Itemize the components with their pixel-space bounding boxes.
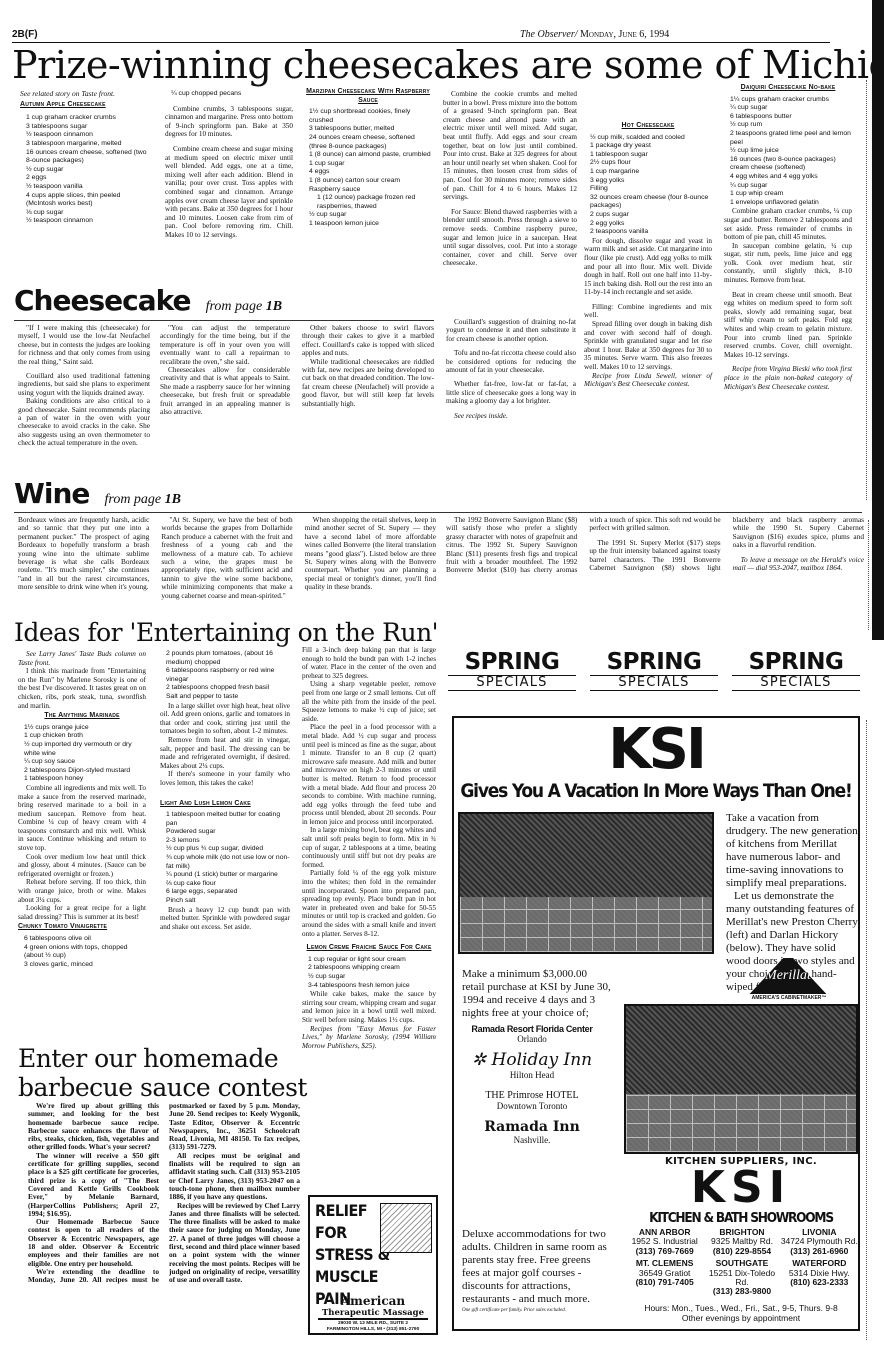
store-phone: (810) 791-7405 bbox=[636, 1277, 694, 1287]
ingredient: 3 cloves garlic, minced bbox=[18, 961, 146, 970]
cheesecake-jump-col4: Couillard's suggestion of draining no-fa… bbox=[446, 318, 576, 420]
jump-line: from page 1B bbox=[206, 299, 283, 314]
ad-line: MUSCLE bbox=[315, 1266, 390, 1288]
store-location: LIVONIA34724 Plymouth Rd.(313) 261-6960 bbox=[781, 1228, 858, 1256]
ingredient: 4 egg whites and 4 egg yolks bbox=[724, 173, 852, 182]
ingredient: 2 egg yolks bbox=[584, 220, 712, 229]
store-location: BRIGHTON9325 Maltby Rd.(810) 229-8554 bbox=[703, 1228, 780, 1256]
store-address: 15251 Dix-Toledo Rd. bbox=[709, 1268, 775, 1287]
paragraph: Tofu and no-fat riccotta cheese could al… bbox=[446, 349, 576, 374]
ingredient: 1 cup regular or light sour cream bbox=[302, 956, 436, 965]
jump-page: 1B bbox=[266, 299, 282, 314]
recipe-title: The Anything Marinade bbox=[18, 712, 146, 721]
bbq-contest-body: We're fired up about grilling this summe… bbox=[28, 1102, 300, 1334]
spring-specials-banner: SPRING SPECIALS bbox=[732, 650, 860, 691]
recipe-step: Using a sharp vegetable peeler, remove p… bbox=[302, 680, 436, 723]
cheesecake-jump-col2: "You can adjust the temperature accordin… bbox=[160, 324, 290, 416]
ingredient: ¼ pound (1 stick) butter or margarine bbox=[160, 871, 290, 880]
hotel-name: THE Primrose HOTEL bbox=[458, 1090, 606, 1101]
recipe-step: Remove from heat and stir in vinegar, sa… bbox=[160, 736, 290, 770]
jump-headline: Cheesecake bbox=[14, 284, 190, 317]
ingredient: 32 ounces cream cheese (four 8-ounce pac… bbox=[584, 194, 712, 211]
ingredient: 16 ounces (two 8-ounce packages) cream c… bbox=[724, 156, 852, 173]
ingredient: 1 tablespoon melted butter for coating p… bbox=[160, 811, 290, 828]
headline-bbq-line1: Enter our homemade bbox=[18, 1046, 278, 1071]
recipe-step: Fill a 3-inch deep baking pan that is la… bbox=[302, 646, 436, 680]
store-location: ANN ARBOR1952 S. Industrial(313) 769-766… bbox=[626, 1228, 703, 1256]
scan-edge-dots bbox=[866, 720, 867, 1340]
ingredient: ½ cup imported dry vermouth or dry white… bbox=[18, 741, 146, 758]
banner-top: SPRING bbox=[732, 650, 860, 674]
ingredient: 1 package dry yeast bbox=[584, 142, 712, 151]
recipe-step: Combine the cookie crumbs and melted but… bbox=[443, 90, 577, 202]
ingredient: 6 tablespoons olive oil bbox=[18, 935, 146, 944]
dateline-paper: The Observer/ bbox=[520, 29, 578, 40]
ingredient: ¼ cup sugar bbox=[724, 104, 852, 113]
ingredient: 1¼ cups graham cracker crumbs bbox=[724, 96, 852, 105]
voice-mail-note: To leave a message on the Herald's voice… bbox=[733, 556, 864, 573]
wine-jump-head: Wine from page 1B bbox=[14, 480, 181, 508]
scan-edge-dots bbox=[868, 520, 869, 630]
recipe-step: Combine cream cheese and sugar mixing at… bbox=[165, 145, 293, 240]
jump-rule bbox=[14, 512, 862, 513]
wine-jump-cols-right: The 1992 Bonverre Sauvignon Blanc ($8) w… bbox=[446, 516, 864, 610]
paragraph: We're fired up about grilling this summe… bbox=[28, 1102, 159, 1152]
hotel-city: Orlando bbox=[458, 1034, 606, 1044]
ingredient: 1 (8 ounce) carton sour cream bbox=[303, 177, 433, 186]
ingredient: 2 eggs bbox=[20, 174, 152, 183]
ingredient: Filling bbox=[584, 185, 712, 194]
ingredient-list: 1½ cup shortbread cookies, finely crushe… bbox=[303, 108, 433, 228]
recipe-step: Cook over medium low heat until thick an… bbox=[18, 853, 146, 879]
recipe-step: For dough, dissolve sugar and yeast in w… bbox=[584, 237, 712, 297]
store-location: WATERFORD5314 Dixie Hwy.(810) 623-2333 bbox=[781, 1259, 858, 1297]
paragraph: The winner will receive a $50 gift certi… bbox=[28, 1152, 159, 1218]
store-phone: (313) 283-9800 bbox=[713, 1286, 771, 1296]
paragraph: Couillard's suggestion of draining no-fa… bbox=[446, 318, 576, 343]
ingredient: 4 eggs bbox=[303, 168, 433, 177]
ingredient: ¼ cup sugar bbox=[724, 182, 852, 191]
recipe-step: Looking for a great recipe for a light s… bbox=[18, 904, 146, 921]
dateline: The Observer/ Monday, June 6, 1994 bbox=[520, 29, 669, 40]
store-phone: (313) 769-7669 bbox=[636, 1246, 694, 1256]
paragraph: Other bakers choose to swirl flavors thr… bbox=[302, 324, 434, 358]
store-phone: (810) 229-8554 bbox=[713, 1246, 771, 1256]
paragraph: Couillard also used traditional fattenin… bbox=[18, 372, 150, 397]
ingredient: 16 ounces cream cheese, softened (two 8-… bbox=[20, 149, 152, 166]
jump-prefix: from page bbox=[206, 299, 266, 314]
cheesecake-jump-col3: Other bakers choose to swirl flavors thr… bbox=[302, 324, 434, 408]
spring-specials-banner: SPRING SPECIALS bbox=[448, 650, 576, 691]
ingredient: 2 teaspoons vanilla bbox=[584, 228, 712, 237]
scan-edge-dots bbox=[866, 80, 867, 500]
headline-entertaining: Ideas for 'Entertaining on the Run' bbox=[14, 620, 438, 645]
jump-rule bbox=[14, 320, 434, 321]
ingredient: 1 (12 ounce) package frozen red raspberr… bbox=[303, 194, 433, 211]
recipe-credit: Recipe from Virgina Bieski who took firs… bbox=[724, 365, 852, 391]
ad-line: RELIEF bbox=[315, 1200, 390, 1222]
store-hours: Hours: Mon., Tues., Wed., Fri., Sat., 9-… bbox=[624, 1304, 858, 1313]
recipe-step: Beat in cream cheese until smooth. Beat … bbox=[724, 291, 852, 360]
ingredient: ½ cup sugar bbox=[20, 166, 152, 175]
hotel-name: Ramada Inn bbox=[458, 1119, 606, 1135]
hotel-city: Hilton Head bbox=[458, 1070, 606, 1080]
ingredient-list: 6 tablespoons olive oil 4 green onions w… bbox=[18, 935, 146, 969]
ingredient: 3 tablespoons butter, melted bbox=[303, 125, 433, 134]
ksi-tagline: Gives You A Vacation In More Ways Than O… bbox=[454, 780, 858, 802]
recipe-autumn-apple: See related story on Taste front. Autumn… bbox=[20, 90, 152, 226]
store-appointment: Other evenings by appointment bbox=[624, 1314, 858, 1323]
ksi-logo: KSI bbox=[454, 722, 858, 778]
store-locations: ANN ARBOR1952 S. Industrial(313) 769-766… bbox=[626, 1228, 858, 1297]
spring-specials-banner: SPRING SPECIALS bbox=[590, 650, 718, 691]
banner-top: SPRING bbox=[590, 650, 718, 674]
recipe-credit: Recipes from "Easy Menus for Faster Live… bbox=[302, 1025, 436, 1051]
ingredient: 1 teaspoon lemon juice bbox=[303, 220, 433, 229]
ingredient-list: 2 pounds plum tomatoes, (about 16 medium… bbox=[160, 650, 290, 702]
recipe-credit: Recipe from Linda Sewell, winner of Mich… bbox=[584, 372, 712, 389]
store-location: SOUTHGATE15251 Dix-Toledo Rd.(313) 283-9… bbox=[703, 1259, 780, 1297]
recipe-step: Combine crumbs, 3 tablespoons sugar, cin… bbox=[165, 105, 293, 139]
store-location: MT. CLEMENS36549 Gratiot(810) 791-7405 bbox=[626, 1259, 703, 1297]
ksi-ad[interactable]: KSI Gives You A Vacation In More Ways Th… bbox=[452, 716, 860, 1331]
massage-brand: American bbox=[310, 1294, 436, 1308]
ingredient: 1 tablespoon honey bbox=[18, 775, 146, 784]
store-phone: (810) 623-2333 bbox=[790, 1277, 848, 1287]
jump-prefix: from page bbox=[105, 492, 165, 507]
ingredient-list: 1 cup regular or light sour cream 2 tabl… bbox=[302, 956, 436, 990]
paragraph: Baking conditions are also critical to a… bbox=[18, 397, 150, 447]
paragraph: Our Homemade Barbecue Sauce contest is o… bbox=[28, 1218, 159, 1268]
hotel-name: Ramada Resort Florida Center bbox=[458, 1024, 606, 1034]
banner-bottom: SPECIALS bbox=[448, 675, 576, 691]
paragraph: "At St. Supery, we have the best of both… bbox=[161, 516, 292, 600]
kitchen-photo-darlan-hickory bbox=[624, 1004, 858, 1154]
recipe-step: Spread filling over dough in baking dish… bbox=[584, 320, 712, 372]
ingredient: Pinch salt bbox=[160, 897, 290, 906]
ingredient: 2 teaspoons grated lime peel and lemon p… bbox=[724, 130, 852, 147]
ad-line: FOR bbox=[315, 1222, 390, 1244]
hotel-list: Ramada Resort Florida Center Orlando ✲ H… bbox=[458, 1024, 606, 1145]
recipe-step: While cake bakes, make the sauce by stir… bbox=[302, 990, 436, 1024]
paragraph: When shopping the retail shelves, keep i… bbox=[305, 516, 436, 592]
banner-bottom: SPECIALS bbox=[590, 675, 718, 691]
ingredient: Powdered sugar bbox=[160, 828, 290, 837]
cheesecake-jump-col1: "If I were making this (cheesecake) for … bbox=[18, 324, 150, 448]
ingredient: ½ teaspoon cinnamon bbox=[20, 131, 152, 140]
paragraph: Cheesecakes allow for considerable creat… bbox=[160, 366, 290, 416]
ksi-showrooms: KITCHEN & BATH SHOWROOMS bbox=[624, 1210, 858, 1226]
see-column-note: See Larry Janes' Taste Buds column on Ta… bbox=[18, 650, 146, 667]
ad-line: STRESS & bbox=[315, 1244, 390, 1266]
recipe-title: Lemon Creme Fraiche Sauce For Cake bbox=[302, 944, 436, 953]
recipe-title: Marzipan Cheesecake With Raspberry Sauce bbox=[303, 88, 433, 105]
ingredient: ⅔ cup cake flour bbox=[160, 880, 290, 889]
dateline-date: Monday, June 6, 1994 bbox=[580, 29, 669, 40]
recipe-step: Filling: Combine ingredients and mix wel… bbox=[584, 303, 712, 320]
ingredient: 2 cups sugar bbox=[584, 211, 712, 220]
ingredient: 1 cup graham cracker crumbs bbox=[20, 114, 152, 123]
ad-paragraph: Take a vacation from drudgery. The new g… bbox=[726, 812, 858, 890]
hotel-name: ✲ Holiday Inn bbox=[458, 1050, 606, 1070]
kitchen-photo-preston-cherry bbox=[458, 812, 714, 954]
ingredient: Raspberry sauce bbox=[303, 186, 433, 195]
ingredient: ¼ cup chopped pecans bbox=[165, 90, 293, 99]
scan-edge-bar bbox=[872, 0, 884, 640]
paragraph: I think this marinade from "Entertaining… bbox=[18, 667, 146, 710]
ingredient: ½ cup plus ¾ cup sugar, divided bbox=[160, 845, 290, 854]
paragraph: All recipes must be original and finalis… bbox=[169, 1152, 300, 1202]
recipe-step: If there's someone in your family who lo… bbox=[160, 770, 290, 787]
jump-line: from page 1B bbox=[105, 492, 182, 507]
ingredient: 1 cup margarine bbox=[584, 168, 712, 177]
ingredient: 3 tablespoon margarine, melted bbox=[20, 140, 152, 149]
recipe-title: Hot Cheesecake bbox=[584, 122, 712, 131]
wine-jump-cols-left: Bordeaux wines are frequently harsh, aci… bbox=[18, 516, 436, 610]
recipe-title: Light And Lush Lemon Cake bbox=[160, 800, 290, 809]
ingredient: ½ cup lime juice bbox=[724, 147, 852, 156]
headline-cheesecakes: Prize-winning cheesecakes are some of Mi… bbox=[12, 46, 884, 84]
ingredient: ½ cup rum bbox=[724, 121, 852, 130]
ingredient: ¼ cup soy sauce bbox=[18, 758, 146, 767]
ingredient-list: 1 cup graham cracker crumbs 3 tablespoon… bbox=[20, 114, 152, 226]
ingredient: 1½ cup shortbread cookies, finely crushe… bbox=[303, 108, 433, 125]
hotel-city: Nashville. bbox=[458, 1135, 606, 1145]
cheesecake-jump-head: Cheesecake from page 1B bbox=[14, 287, 282, 315]
merillat-tagline: AMERICA'S CABINETMAKER™ bbox=[724, 995, 854, 1001]
paragraph: "You can adjust the temperature accordin… bbox=[160, 324, 290, 366]
ingredient: 1 cup chicken broth bbox=[18, 732, 146, 741]
recipe-step: In saucepan combine gelatin, ¼ cup sugar… bbox=[724, 242, 852, 285]
ingredient: Salt and pepper to taste bbox=[160, 693, 290, 702]
ingredient: 3 egg yolks bbox=[584, 177, 712, 186]
entertaining-col1: See Larry Janes' Taste Buds column on Ta… bbox=[18, 650, 146, 969]
ingredient: 1 envelope unflavored gelatin bbox=[724, 199, 852, 208]
ingredient: ¾ cup whole milk (do not use low or non-… bbox=[160, 854, 290, 871]
paragraph: Whether fat-free, low-fat or fat-fat, a … bbox=[446, 380, 576, 405]
recipe-title: Chunky Tomato Vinaigrette bbox=[18, 923, 146, 932]
recipe-step: In a large skillet over high heat, heat … bbox=[160, 702, 290, 736]
ingredient: 2 tablespoons chopped fresh basil bbox=[160, 684, 290, 693]
paragraph: "If I were making this (cheesecake) for … bbox=[18, 324, 150, 366]
ingredient: 1 cup whip cream bbox=[724, 190, 852, 199]
ingredient: 6 tablespoons raspberry or red wine vine… bbox=[160, 667, 290, 684]
ingredient: ½ cup sugar bbox=[302, 973, 436, 982]
recipe-step: In a large mixing bowl, beat egg whites … bbox=[302, 826, 436, 869]
recipe-title: Autumn Apple Cheesecake bbox=[20, 101, 152, 110]
massage-photo bbox=[380, 1203, 432, 1253]
ingredient-list: 1 tablespoon melted butter for coating p… bbox=[160, 811, 290, 906]
ingredient-list: ½ cup milk, scalded and cooled 1 package… bbox=[584, 134, 712, 237]
recipe-step: Combine all ingredients and mix well. To… bbox=[18, 784, 146, 853]
city-line: FARMINGTON HILLS, MI • (313) 851-2790 bbox=[310, 1327, 436, 1333]
ingredient: 1 (8 ounce) can almond paste, crumbled bbox=[303, 151, 433, 160]
ingredient: 24 ounces cream cheese, softened (three … bbox=[303, 134, 433, 151]
massage-ad[interactable]: RELIEF FOR STRESS & MUSCLE PAIN American… bbox=[308, 1195, 438, 1335]
ingredient: ½ cup milk, scalded and cooled bbox=[584, 134, 712, 143]
ingredient-list: 1½ cups orange juice 1 cup chicken broth… bbox=[18, 724, 146, 784]
paragraph: While traditional cheesecakes are riddle… bbox=[302, 358, 434, 408]
see-related-note: See related story on Taste front. bbox=[20, 90, 152, 99]
ingredient-list: 1¼ cups graham cracker crumbs ¼ cup suga… bbox=[724, 96, 852, 208]
jump-page: 1B bbox=[165, 492, 181, 507]
paragraph: Bordeaux wines are frequently harsh, aci… bbox=[18, 516, 149, 592]
recipe-daiquiri: Daiquiri Cheesecake No-bake 1¼ cups grah… bbox=[724, 84, 852, 391]
ksi-offer: Make a minimum $3,000.00 retail purchase… bbox=[462, 968, 612, 1020]
store-phone: (313) 261-6960 bbox=[790, 1246, 848, 1256]
recipe-step: Place the peel in a food processor with … bbox=[302, 723, 436, 826]
ingredient: 2 tablespoons Dijon-styled mustard bbox=[18, 767, 146, 776]
ingredient: ½ teaspoon vanilla bbox=[20, 183, 152, 192]
paragraph: Recipes will be reviewed by Chef Larry J… bbox=[169, 1202, 300, 1285]
recipe-step: For Sauce: Blend thawed raspberries with… bbox=[443, 208, 577, 268]
recipe-autumn-apple-steps: ¼ cup chopped pecans Combine crumbs, 3 t… bbox=[165, 90, 293, 240]
hotel-city: Downtown Toronto bbox=[458, 1101, 606, 1111]
recipe-marzipan: Marzipan Cheesecake With Raspberry Sauce… bbox=[303, 88, 433, 229]
ingredient: 2 pounds plum tomatoes, (about 16 medium… bbox=[160, 650, 290, 667]
recipe-step: Combine graham cracker crumbs, ¼ cup sug… bbox=[724, 207, 852, 241]
ingredient: 3-4 tablespoons fresh lemon juice bbox=[302, 982, 436, 991]
page-folio: 2B(F) bbox=[12, 29, 38, 40]
see-recipes-note: See recipes inside. bbox=[446, 412, 576, 420]
ingredient: 2½ cups flour bbox=[584, 159, 712, 168]
recipe-step: Partially fold ¼ of the egg yolk mixture… bbox=[302, 869, 436, 938]
entertaining-col3: Fill a 3-inch deep baking pan that is la… bbox=[302, 646, 436, 1050]
ingredient: 1½ cups orange juice bbox=[18, 724, 146, 733]
banner-top: SPRING bbox=[448, 650, 576, 674]
ingredient: ½ teaspoon cinnamon bbox=[20, 217, 152, 226]
ingredient: 4 green onions with tops, chopped (about… bbox=[18, 944, 146, 961]
massage-address: 29030 W. 12 MILE RD., SUITE 2 FARMINGTON… bbox=[310, 1321, 436, 1332]
recipe-step: Brush a heavy 12 cup bundt pan with melt… bbox=[160, 906, 290, 932]
massage-brand2: Therapeutic Massage bbox=[318, 1308, 428, 1320]
ingredient: 1 cup sugar bbox=[303, 160, 433, 169]
headline-bbq-line2: barbecue sauce contest bbox=[18, 1075, 307, 1100]
ingredient: 4 cups apple slices, thin peeled (McInto… bbox=[20, 192, 152, 209]
jump-headline: Wine bbox=[14, 477, 89, 510]
entertaining-col2: 2 pounds plum tomatoes, (about 16 medium… bbox=[160, 650, 290, 931]
banner-bottom: SPECIALS bbox=[732, 675, 860, 691]
ingredient: ½ cup sugar bbox=[303, 211, 433, 220]
ksi-logo-bottom: KSI bbox=[624, 1168, 858, 1208]
ingredient: 2 tablespoons whipping cream bbox=[302, 964, 436, 973]
recipe-step: Reheat before serving. If too thick, thi… bbox=[18, 878, 146, 904]
ingredient: 6 large eggs, separated bbox=[160, 888, 290, 897]
ksi-perks: Deluxe accommodations for two adults. Ch… bbox=[462, 1228, 607, 1306]
recipe-hot-cheesecake: Hot Cheesecake ½ cup milk, scalded and c… bbox=[584, 120, 712, 389]
ksi-fine-print: One gift certificate per family. Prior s… bbox=[462, 1308, 612, 1313]
recipe-marzipan-steps: Combine the cookie crumbs and melted but… bbox=[443, 90, 577, 275]
recipe-title: Daiquiri Cheesecake No-bake bbox=[724, 84, 852, 93]
